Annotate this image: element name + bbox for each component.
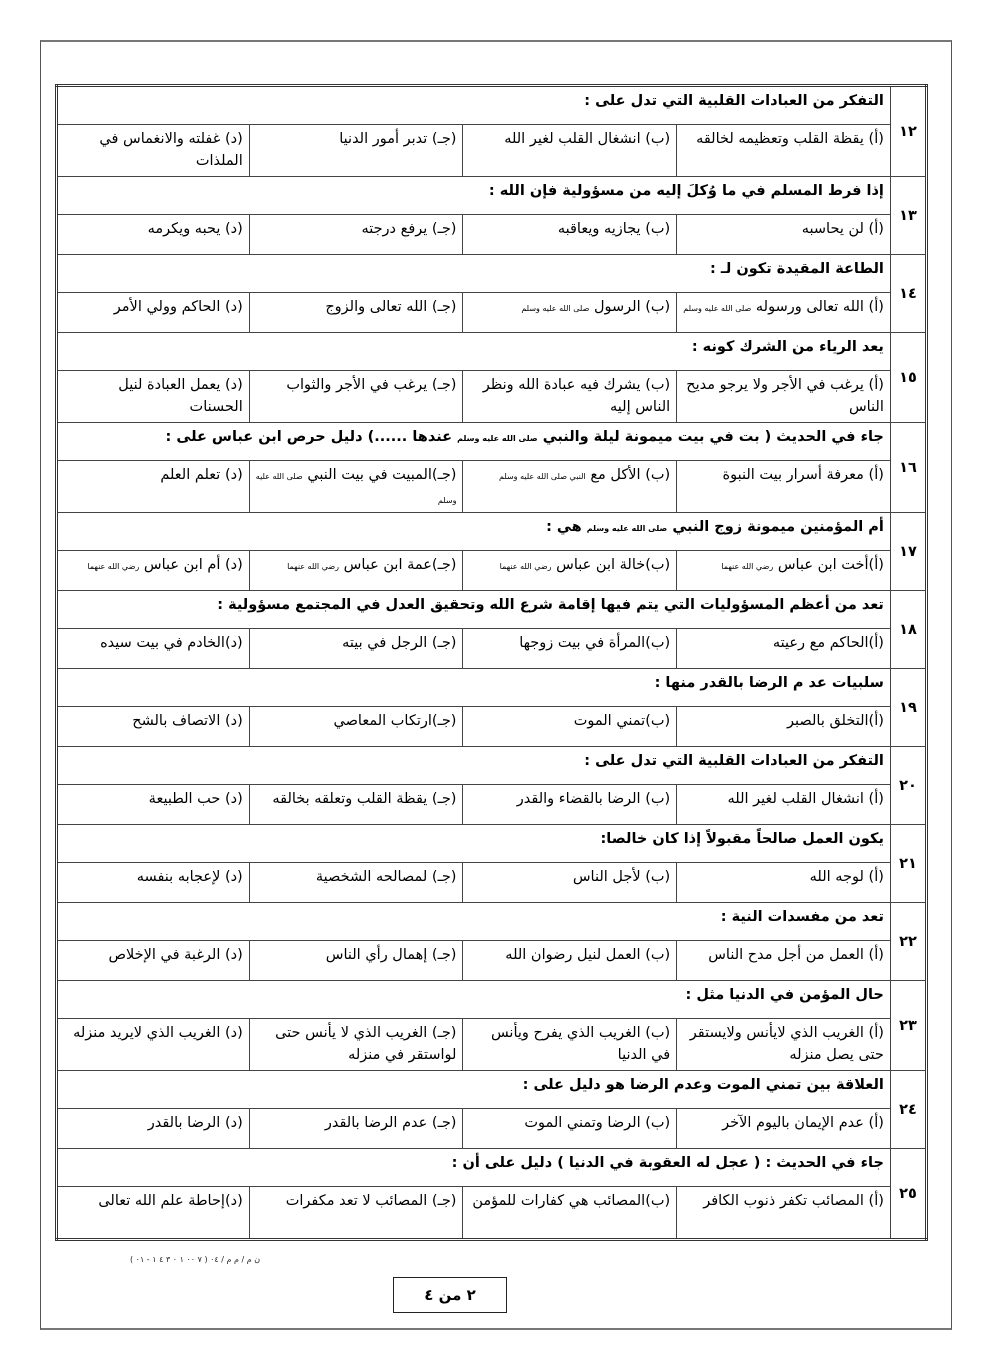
options-row: (أ) انشغال القلب لغير الله(ب) الرضا بالق…: [57, 785, 927, 825]
option-b[interactable]: (ب) يشرك فيه عبادة الله ونظر الناس إليه: [463, 371, 677, 423]
option-label: (أ)الحاكم مع رعيته: [773, 635, 884, 651]
question-stem: تعد من أعظم المسؤوليات التي يتم فيها إقا…: [217, 597, 884, 613]
option-a[interactable]: (أ) الغريب الذي لايأنس ولايستقر حتى يصل …: [677, 1019, 891, 1071]
honorific-note: النبي صلى الله عليه وسلم: [499, 472, 586, 481]
option-label: (د) يعمل العبادة لنيل الحسنات: [118, 377, 242, 415]
question-row: ٢٥جاء في الحديث : ( عجل له العقوبة في ال…: [57, 1149, 927, 1187]
question-row: ٢٢تعد من مفسدات النية :: [57, 903, 927, 941]
honorific-note: صلى الله عليه وسلم: [683, 304, 751, 313]
option-c[interactable]: (جـ) عدم الرضا بالقدر: [249, 1109, 463, 1149]
question-stem: يعد الرياء من الشرك كونه :: [692, 339, 884, 355]
question-text: التفكر من العبادات القلبية التي تدل على …: [57, 747, 891, 785]
option-label: (د)الخادم في بيت سيده: [100, 635, 243, 651]
options-row: (أ) لن يحاسبه(ب) يجازيه ويعاقبه(جـ) يرفع…: [57, 215, 927, 255]
honorific-note: رضي الله عنهما: [500, 562, 552, 571]
option-d[interactable]: (د) الرغبة في الإخلاص: [57, 941, 250, 981]
options-row: (أ)أخت ابن عباس رضي الله عنهما(ب)خالة اب…: [57, 551, 927, 591]
question-text: الطاعة المقيدة تكون لـ :: [57, 255, 891, 293]
option-d[interactable]: (د) الحاكم وولي الأمر: [57, 293, 250, 333]
question-stem: الطاعة المقيدة تكون لـ :: [710, 261, 884, 277]
options-row: (أ) يرغب في الأجر ولا يرجو مديح الناس(ب)…: [57, 371, 927, 423]
option-label: (جـ)عمة ابن عباس: [344, 557, 457, 573]
option-label: (جـ) الغريب الذي لا يأنس حتى لواستقر في …: [275, 1025, 456, 1063]
option-label: (جـ) عدم الرضا بالقدر: [325, 1115, 457, 1131]
question-row: ٢٠التفكر من العبادات القلبية التي تدل عل…: [57, 747, 927, 785]
option-d[interactable]: (د) يحبه ويكرمه: [57, 215, 250, 255]
question-text: التفكر من العبادات القلبية التي تدل على …: [57, 86, 891, 125]
question-stem: يكون العمل صالحاً مقبولاً إذا كان خالصا:: [600, 831, 883, 847]
option-label: (د) الرضا بالقدر: [148, 1115, 243, 1131]
honorific-note: صلى الله عليه وسلم: [587, 524, 668, 533]
option-d[interactable]: (د) الغريب الذي لايريد منزله: [57, 1019, 250, 1071]
option-label: (أ)أخت ابن عباس: [778, 557, 884, 573]
honorific-note: صلى الله عليه وسلم: [521, 304, 589, 313]
option-label: (جـ)المبيت في بيت النبي: [307, 467, 456, 483]
option-b[interactable]: (ب)المصائب هي كفارات للمؤمن: [463, 1187, 677, 1240]
option-label: (أ) يرغب في الأجر ولا يرجو مديح الناس: [686, 377, 884, 415]
option-b[interactable]: (ب)تمني الموت: [463, 707, 677, 747]
option-d[interactable]: (د) الاتصاف بالشح: [57, 707, 250, 747]
question-number: ١٢: [890, 86, 926, 177]
option-d[interactable]: (د)إحاطة علم الله تعالى: [57, 1187, 250, 1240]
question-stem: تعد من مفسدات النية :: [721, 909, 884, 925]
option-label: (ب) الرضا وتمني الموت: [524, 1115, 670, 1131]
question-row: ٢٣حال المؤمن في الدنيا مثل :: [57, 981, 927, 1019]
option-a[interactable]: (أ) يرغب في الأجر ولا يرجو مديح الناس: [677, 371, 891, 423]
option-label: (جـ) تدبر أمور الدنيا: [339, 131, 456, 147]
question-text: جاء في الحديث : ( عجل له العقوبة في الدن…: [57, 1149, 891, 1187]
option-a[interactable]: (أ)أخت ابن عباس رضي الله عنهما: [677, 551, 891, 591]
option-b[interactable]: (ب) العمل لنيل رضوان الله: [463, 941, 677, 981]
option-a[interactable]: (أ) يقظة القلب وتعظيمه لخالقه: [677, 125, 891, 177]
option-c[interactable]: (جـ) يقظة القلب وتعلقه بخالقه: [249, 785, 463, 825]
option-a[interactable]: (أ) لن يحاسبه: [677, 215, 891, 255]
option-label: (جـ) يقظة القلب وتعلقه بخالقه: [272, 791, 456, 807]
question-number: ٢١: [890, 825, 926, 903]
question-number: ١٤: [890, 255, 926, 333]
option-label: (د) أم ابن عباس: [144, 557, 243, 573]
option-label: (جـ) المصائب لا تعد مكفرات: [286, 1193, 457, 1209]
question-number: ١٩: [890, 669, 926, 747]
option-d[interactable]: (د) تعلم العلم: [57, 461, 250, 513]
option-b[interactable]: (ب)خالة ابن عباس رضي الله عنهما: [463, 551, 677, 591]
option-a[interactable]: (أ)التخلق بالصبر: [677, 707, 891, 747]
option-c[interactable]: (جـ) المصائب لا تعد مكفرات: [249, 1187, 463, 1240]
question-stem: التفكر من العبادات القلبية التي تدل على …: [584, 753, 884, 769]
option-label: (ب) لأجل الناس: [573, 869, 670, 885]
option-label: (ب) الرسول: [594, 299, 670, 315]
question-stem: أم المؤمنين ميمونة زوج النبي: [672, 519, 884, 535]
option-label: (جـ) يرفع درجته: [361, 221, 456, 237]
question-row: ١٩سلبيات عد م الرضا بالقدر منها :: [57, 669, 927, 707]
option-label: (جـ) إهمال رأي الناس: [326, 947, 457, 963]
option-b[interactable]: (ب) انشغال القلب لغير الله: [463, 125, 677, 177]
option-a[interactable]: (أ) انشغال القلب لغير الله: [677, 785, 891, 825]
option-a[interactable]: (أ) الله تعالى ورسوله صلى الله عليه وسلم: [677, 293, 891, 333]
question-text: جاء في الحديث ( بت في بيت ميمونة ليلة وا…: [57, 423, 891, 461]
option-b[interactable]: (ب) الرضا بالقضاء والقدر: [463, 785, 677, 825]
option-label: (د) غفلته والانغماس في الملذات: [99, 131, 242, 169]
question-text: يعد الرياء من الشرك كونه :: [57, 333, 891, 371]
options-row: (أ) معرفة أسرار بيت النبوة(ب) الأكل مع ا…: [57, 461, 927, 513]
question-row: ٢١يكون العمل صالحاً مقبولاً إذا كان خالص…: [57, 825, 927, 863]
question-stem: حال المؤمن في الدنيا مثل :: [686, 987, 884, 1003]
question-text: تعد من أعظم المسؤوليات التي يتم فيها إقا…: [57, 591, 891, 629]
question-stem: التفكر من العبادات القلبية التي تدل على …: [584, 93, 884, 109]
option-b[interactable]: (ب) يجازيه ويعاقبه: [463, 215, 677, 255]
question-stem: العلاقة بين تمني الموت وعدم الرضا هو دلي…: [523, 1077, 884, 1093]
option-a[interactable]: (أ) معرفة أسرار بيت النبوة: [677, 461, 891, 513]
question-number: ١٣: [890, 177, 926, 255]
option-c[interactable]: (جـ) لمصالحه الشخصية: [249, 863, 463, 903]
page-number: ٢ من ٤: [424, 1286, 476, 1304]
question-stem-tail: هي :: [546, 519, 582, 535]
option-d[interactable]: (د) أم ابن عباس رضي الله عنهما: [57, 551, 250, 591]
option-label: (ب)خالة ابن عباس: [556, 557, 670, 573]
option-label: (أ) لوجه الله: [810, 869, 884, 885]
option-b[interactable]: (ب) الغريب الذي يفرح ويأنس في الدنيا: [463, 1019, 677, 1071]
question-number: ٢٢: [890, 903, 926, 981]
option-b[interactable]: (ب)المرأة في بيت زوجها: [463, 629, 677, 669]
option-label: (د) الرغبة في الإخلاص: [108, 947, 242, 963]
option-label: (ب) العمل لنيل رضوان الله: [505, 947, 670, 963]
question-number: ٢٤: [890, 1071, 926, 1149]
honorific-note: رضي الله عنهما: [721, 562, 773, 571]
question-row: ١٤الطاعة المقيدة تكون لـ :: [57, 255, 927, 293]
option-c[interactable]: (جـ) إهمال رأي الناس: [249, 941, 463, 981]
question-number: ٢٠: [890, 747, 926, 825]
option-c[interactable]: (جـ) الله تعالى والزوج: [249, 293, 463, 333]
option-label: (د) يحبه ويكرمه: [148, 221, 243, 237]
option-label: (د) حب الطبيعة: [149, 791, 243, 807]
question-number: ٢٣: [890, 981, 926, 1071]
question-stem: سلبيات عد م الرضا بالقدر منها :: [655, 675, 884, 691]
option-label: (ب) الرضا بالقضاء والقدر: [517, 791, 670, 807]
option-label: (جـ) الله تعالى والزوج: [325, 299, 456, 315]
option-label: (د) لإعجابه بنفسه: [137, 869, 243, 885]
option-label: (أ) لن يحاسبه: [802, 221, 884, 237]
option-c[interactable]: (جـ)عمة ابن عباس رضي الله عنهما: [249, 551, 463, 591]
option-c[interactable]: (جـ) يرفع درجته: [249, 215, 463, 255]
option-label: (د) الاتصاف بالشح: [132, 713, 243, 729]
option-b[interactable]: (ب) لأجل الناس: [463, 863, 677, 903]
question-stem: جاء في الحديث : ( عجل له العقوبة في الدن…: [452, 1155, 884, 1171]
option-label: (أ) يقظة القلب وتعظيمه لخالقه: [696, 131, 884, 147]
option-a[interactable]: (أ) لوجه الله: [677, 863, 891, 903]
question-text: حال المؤمن في الدنيا مثل :: [57, 981, 891, 1019]
option-a[interactable]: (أ) المصائب تكفر ذنوب الكافر: [677, 1187, 891, 1240]
question-text: تعد من مفسدات النية :: [57, 903, 891, 941]
option-label: (جـ) يرغب في الأجر والثواب: [286, 377, 456, 393]
question-stem-tail: عندها ......) دليل حرص ابن عباس على :: [166, 429, 452, 445]
option-label: (أ) عدم الإيمان باليوم الآخر: [722, 1115, 884, 1131]
option-c[interactable]: (جـ)ارتكاب المعاصي: [249, 707, 463, 747]
option-c[interactable]: (جـ) تدبر أمور الدنيا: [249, 125, 463, 177]
option-label: (أ) معرفة أسرار بيت النبوة: [723, 467, 884, 483]
option-label: (أ) الله تعالى ورسوله: [756, 299, 884, 315]
option-c[interactable]: (جـ) يرغب في الأجر والثواب: [249, 371, 463, 423]
option-label: (ب)المصائب هي كفارات للمؤمن: [472, 1193, 670, 1209]
option-b[interactable]: (ب) الأكل مع النبي صلى الله عليه وسلم: [463, 461, 677, 513]
option-d[interactable]: (د) غفلته والانغماس في الملذات: [57, 125, 250, 177]
question-text: إذا فرط المسلم في ما وُكلَ إليه من مسؤول…: [57, 177, 891, 215]
question-text: العلاقة بين تمني الموت وعدم الرضا هو دلي…: [57, 1071, 891, 1109]
option-c[interactable]: (جـ) الغريب الذي لا يأنس حتى لواستقر في …: [249, 1019, 463, 1071]
options-row: (أ) عدم الإيمان باليوم الآخر(ب) الرضا وت…: [57, 1109, 927, 1149]
option-b[interactable]: (ب) الرضا وتمني الموت: [463, 1109, 677, 1149]
option-d[interactable]: (د) يعمل العبادة لنيل الحسنات: [57, 371, 250, 423]
options-row: (أ) لوجه الله(ب) لأجل الناس(جـ) لمصالحه …: [57, 863, 927, 903]
option-a[interactable]: (أ) العمل من أجل مدح الناس: [677, 941, 891, 981]
option-label: (أ)التخلق بالصبر: [787, 713, 884, 729]
option-label: (ب) يشرك فيه عبادة الله ونظر الناس إليه: [483, 377, 670, 415]
question-row: ١٧أم المؤمنين ميمونة زوج النبي صلى الله …: [57, 513, 927, 551]
option-d[interactable]: (د)الخادم في بيت سيده: [57, 629, 250, 669]
question-row: ١٨تعد من أعظم المسؤوليات التي يتم فيها إ…: [57, 591, 927, 629]
options-row: (أ) الغريب الذي لايأنس ولايستقر حتى يصل …: [57, 1019, 927, 1071]
question-text: يكون العمل صالحاً مقبولاً إذا كان خالصا:: [57, 825, 891, 863]
question-row: ١٢التفكر من العبادات القلبية التي تدل عل…: [57, 86, 927, 125]
option-label: (أ) الغريب الذي لايأنس ولايستقر حتى يصل …: [690, 1025, 884, 1063]
options-row: (أ) يقظة القلب وتعظيمه لخالقه(ب) انشغال …: [57, 125, 927, 177]
options-row: (أ) الله تعالى ورسوله صلى الله عليه وسلم…: [57, 293, 927, 333]
option-label: (جـ)ارتكاب المعاصي: [334, 713, 457, 729]
option-label: (ب) الأكل مع: [590, 467, 670, 483]
question-number: ١٧: [890, 513, 926, 591]
honorific-note: رضي الله عنهما: [287, 562, 339, 571]
question-row: ١٣إذا فرط المسلم في ما وُكلَ إليه من مسؤ…: [57, 177, 927, 215]
question-number: ١٨: [890, 591, 926, 669]
option-d[interactable]: (د) حب الطبيعة: [57, 785, 250, 825]
options-row: (أ) العمل من أجل مدح الناس(ب) العمل لنيل…: [57, 941, 927, 981]
option-d[interactable]: (د) الرضا بالقدر: [57, 1109, 250, 1149]
option-label: (د) الغريب الذي لايريد منزله: [73, 1025, 243, 1041]
option-label: (ب)تمني الموت: [574, 713, 670, 729]
questions-table: ١٢التفكر من العبادات القلبية التي تدل عل…: [55, 84, 928, 1241]
question-number: ١٦: [890, 423, 926, 513]
option-label: (أ) انشغال القلب لغير الله: [728, 791, 884, 807]
option-label: (د)إحاطة علم الله تعالى: [98, 1193, 242, 1209]
question-number: ٢٥: [890, 1149, 926, 1240]
option-label: (جـ) لمصالحه الشخصية: [316, 869, 457, 885]
question-row: ٢٤العلاقة بين تمني الموت وعدم الرضا هو د…: [57, 1071, 927, 1109]
option-c[interactable]: (جـ)المبيت في بيت النبي صلى الله عليه وس…: [249, 461, 463, 513]
option-label: (أ) العمل من أجل مدح الناس: [708, 947, 884, 963]
option-c[interactable]: (جـ) الرجل في بيته: [249, 629, 463, 669]
question-text: سلبيات عد م الرضا بالقدر منها :: [57, 669, 891, 707]
option-label: (ب) انشغال القلب لغير الله: [504, 131, 670, 147]
option-label: (جـ) الرجل في بيته: [342, 635, 456, 651]
option-d[interactable]: (د) لإعجابه بنفسه: [57, 863, 250, 903]
option-a[interactable]: (أ) عدم الإيمان باليوم الآخر: [677, 1109, 891, 1149]
question-row: ١٥يعد الرياء من الشرك كونه :: [57, 333, 927, 371]
question-text: أم المؤمنين ميمونة زوج النبي صلى الله عل…: [57, 513, 891, 551]
question-row: ١٦جاء في الحديث ( بت في بيت ميمونة ليلة …: [57, 423, 927, 461]
option-label: (د) تعلم العلم: [160, 467, 242, 483]
question-stem: جاء في الحديث ( بت في بيت ميمونة ليلة وا…: [543, 429, 884, 445]
honorific-note: صلى الله عليه وسلم: [457, 434, 538, 443]
page-number-box: ٢ من ٤: [393, 1277, 507, 1313]
option-label: (ب) يجازيه ويعاقبه: [558, 221, 670, 237]
option-b[interactable]: (ب) الرسول صلى الله عليه وسلم: [463, 293, 677, 333]
option-label: (ب) الغريب الذي يفرح ويأنس في الدنيا: [491, 1025, 670, 1063]
option-label: (أ) المصائب تكفر ذنوب الكافر: [703, 1193, 884, 1209]
document-code: ن م / م م / ٠٤ ( ٧ ٠٠ ١ ٠ ٣ ٤ ١ - ٠١ ): [130, 1255, 260, 1264]
options-row: (أ)الحاكم مع رعيته(ب)المرأة في بيت زوجها…: [57, 629, 927, 669]
options-row: (أ)التخلق بالصبر(ب)تمني الموت(جـ)ارتكاب …: [57, 707, 927, 747]
options-row: (أ) المصائب تكفر ذنوب الكافر(ب)المصائب ه…: [57, 1187, 927, 1240]
question-number: ١٥: [890, 333, 926, 423]
honorific-note: رضي الله عنهما: [87, 562, 139, 571]
option-label: (ب)المرأة في بيت زوجها: [519, 635, 670, 651]
option-label: (د) الحاكم وولي الأمر: [114, 299, 243, 315]
question-stem: إذا فرط المسلم في ما وُكلَ إليه من مسؤول…: [489, 183, 884, 199]
option-a[interactable]: (أ)الحاكم مع رعيته: [677, 629, 891, 669]
